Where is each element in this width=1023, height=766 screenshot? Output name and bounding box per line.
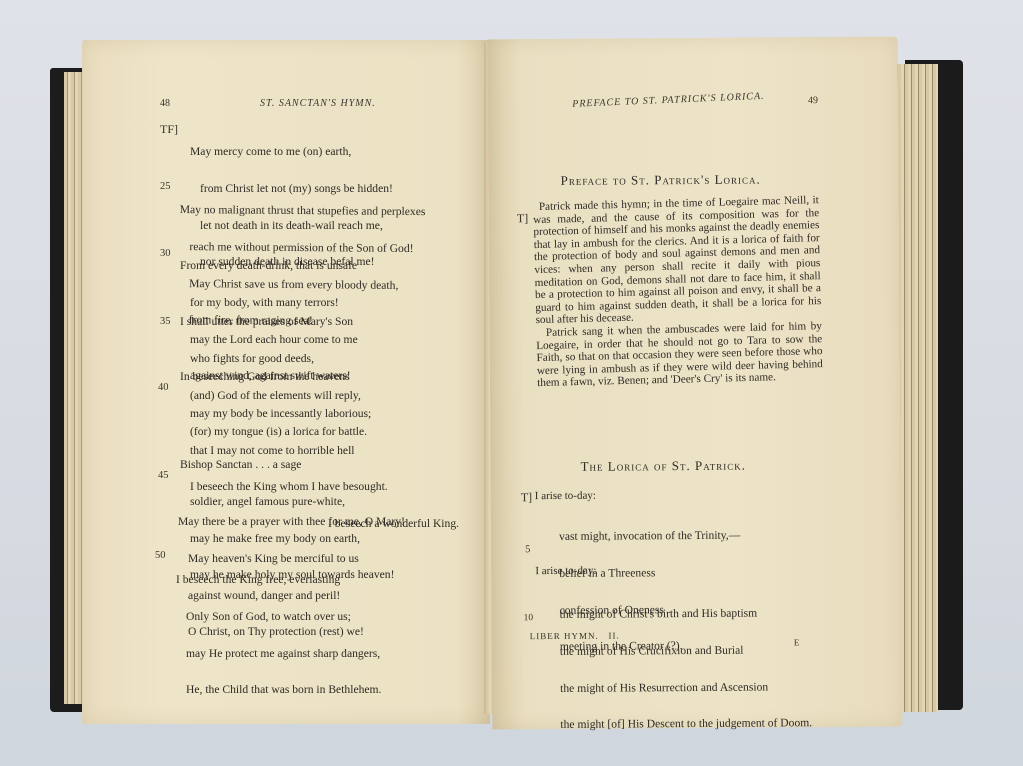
verse-line: Only Son of God, to watch over us; [176, 611, 381, 623]
left-page: 48 ST. SANCTAN'S HYMN. TF] May mercy com… [82, 40, 490, 724]
verse-line: the might of His Resurrection and Ascens… [560, 681, 812, 695]
verse-line: the might [of] His Descent to the judgem… [560, 717, 812, 731]
preface-paragraph: Patrick sang it when the ambuscades were… [536, 320, 823, 390]
verse-line: the might of Christ's birth and His bapt… [560, 608, 812, 622]
verse-line: From every death-drink, that is unsafe [180, 260, 358, 272]
signature-letter: E [794, 637, 801, 647]
stanza: the might of Christ's birth and His bapt… [559, 583, 812, 756]
line-number: 50 [155, 550, 166, 561]
verse-line: Bishop Sanctan . . . a sage [180, 459, 394, 471]
page-number-left: 48 [160, 98, 170, 109]
stanza: I beseech the King free, everlasting Onl… [176, 550, 381, 721]
verse-line: May there be a prayer with thee for me, … [178, 516, 405, 528]
line-number: 25 [160, 181, 171, 192]
line-number: 10 [524, 613, 534, 623]
source-marker-left: TF] [160, 122, 178, 137]
verse-line: I shall utter the praises of Mary's Son [180, 316, 367, 328]
source-marker-preface: T] [517, 211, 528, 226]
line-number: 35 [160, 316, 171, 327]
running-head-right: PREFACE TO ST. PATRICK'S LORICA. [572, 91, 765, 110]
arise-intro: I arise to-day: [535, 565, 596, 578]
right-page: PREFACE TO ST. PATRICK'S LORICA. 49 Pref… [488, 37, 903, 730]
verse-line: May no malignant thrust that stupefies a… [180, 204, 426, 218]
verse-line: vast might, invocation of the Trinity,— [559, 530, 740, 543]
verse-line: I beseech the King free, everlasting [176, 574, 381, 586]
line-number: 30 [160, 248, 171, 259]
line-number: 40 [158, 382, 169, 393]
verse-line: He, the Child that was born in Bethlehem… [176, 684, 381, 696]
verse-line: In beseeching God from the heavens [180, 371, 459, 383]
verse-line: may my body be incessantly laborious; [180, 408, 459, 420]
preface-paragraph: Patrick made this hymn; in the time of L… [533, 194, 822, 327]
page-number-right: 49 [808, 95, 818, 106]
signature-mark: LIBER HYMN. II. [530, 631, 620, 642]
running-head-left: ST. SANCTAN'S HYMN. [260, 98, 376, 109]
arise-intro: I arise to-day: [535, 490, 596, 503]
verse-line: may He protect me against sharp dangers, [176, 648, 381, 660]
preface-text: Patrick made this hymn; in the time of L… [533, 194, 824, 390]
lorica-heading: The Lorica of St. Patrick. [581, 458, 746, 475]
source-marker-lorica: T] [521, 490, 532, 505]
preface-heading: Preface to St. Patrick's Lorica. [561, 172, 761, 189]
line-number: 45 [158, 470, 169, 481]
line-number: 5 [525, 544, 530, 555]
verse-line: May mercy come to me (on) earth, [190, 146, 393, 158]
verse-line: the might of His Crucifixion and Burial [560, 644, 812, 658]
